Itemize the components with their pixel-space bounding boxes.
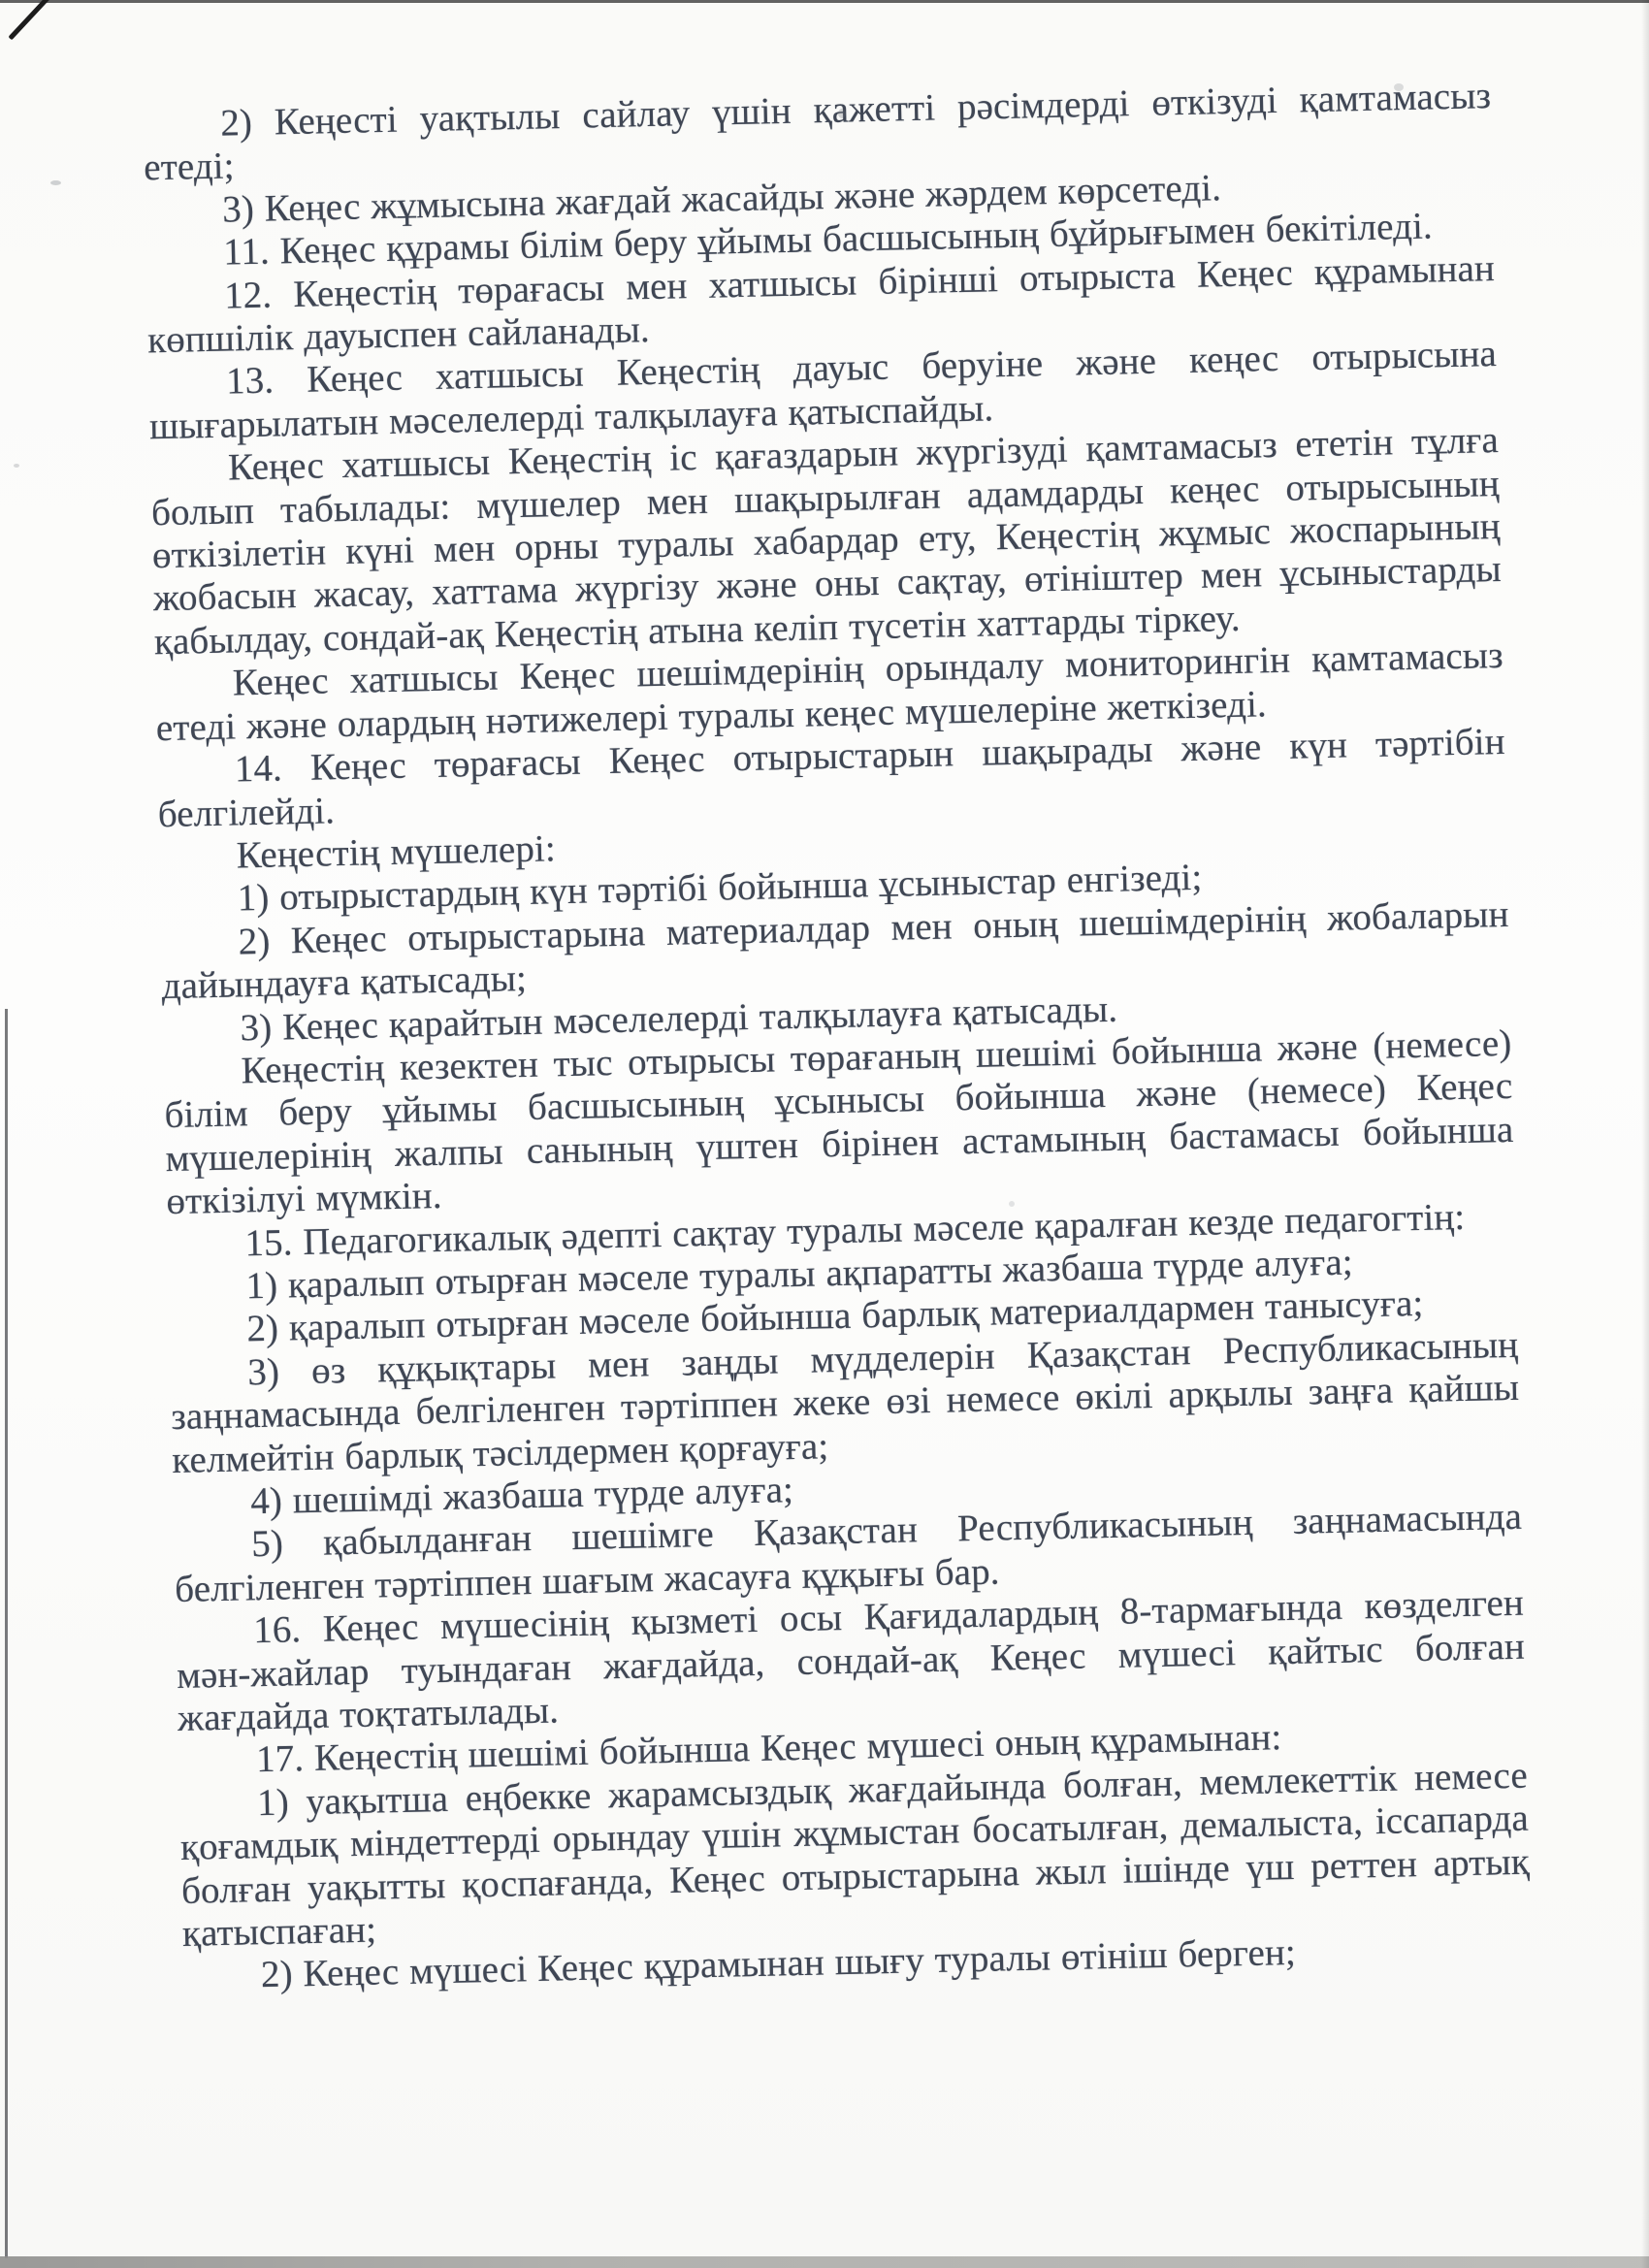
- paragraph: Кеңестің кезектен тыс отырысы төрағаның …: [163, 1022, 1515, 1224]
- paragraph: Кеңес хатшысы Кеңестің іс қағаздарын жүр…: [150, 419, 1503, 664]
- paragraph: 1) уақытша еңбекке жарамсыздық жағдайынд…: [179, 1755, 1532, 1957]
- document-text: 2) Кеңесті уақтылы сайлау үшін қажетті р…: [143, 75, 1532, 1999]
- scanned-document-page: { "page": { "kind": "scanned paper docum…: [0, 0, 1649, 2268]
